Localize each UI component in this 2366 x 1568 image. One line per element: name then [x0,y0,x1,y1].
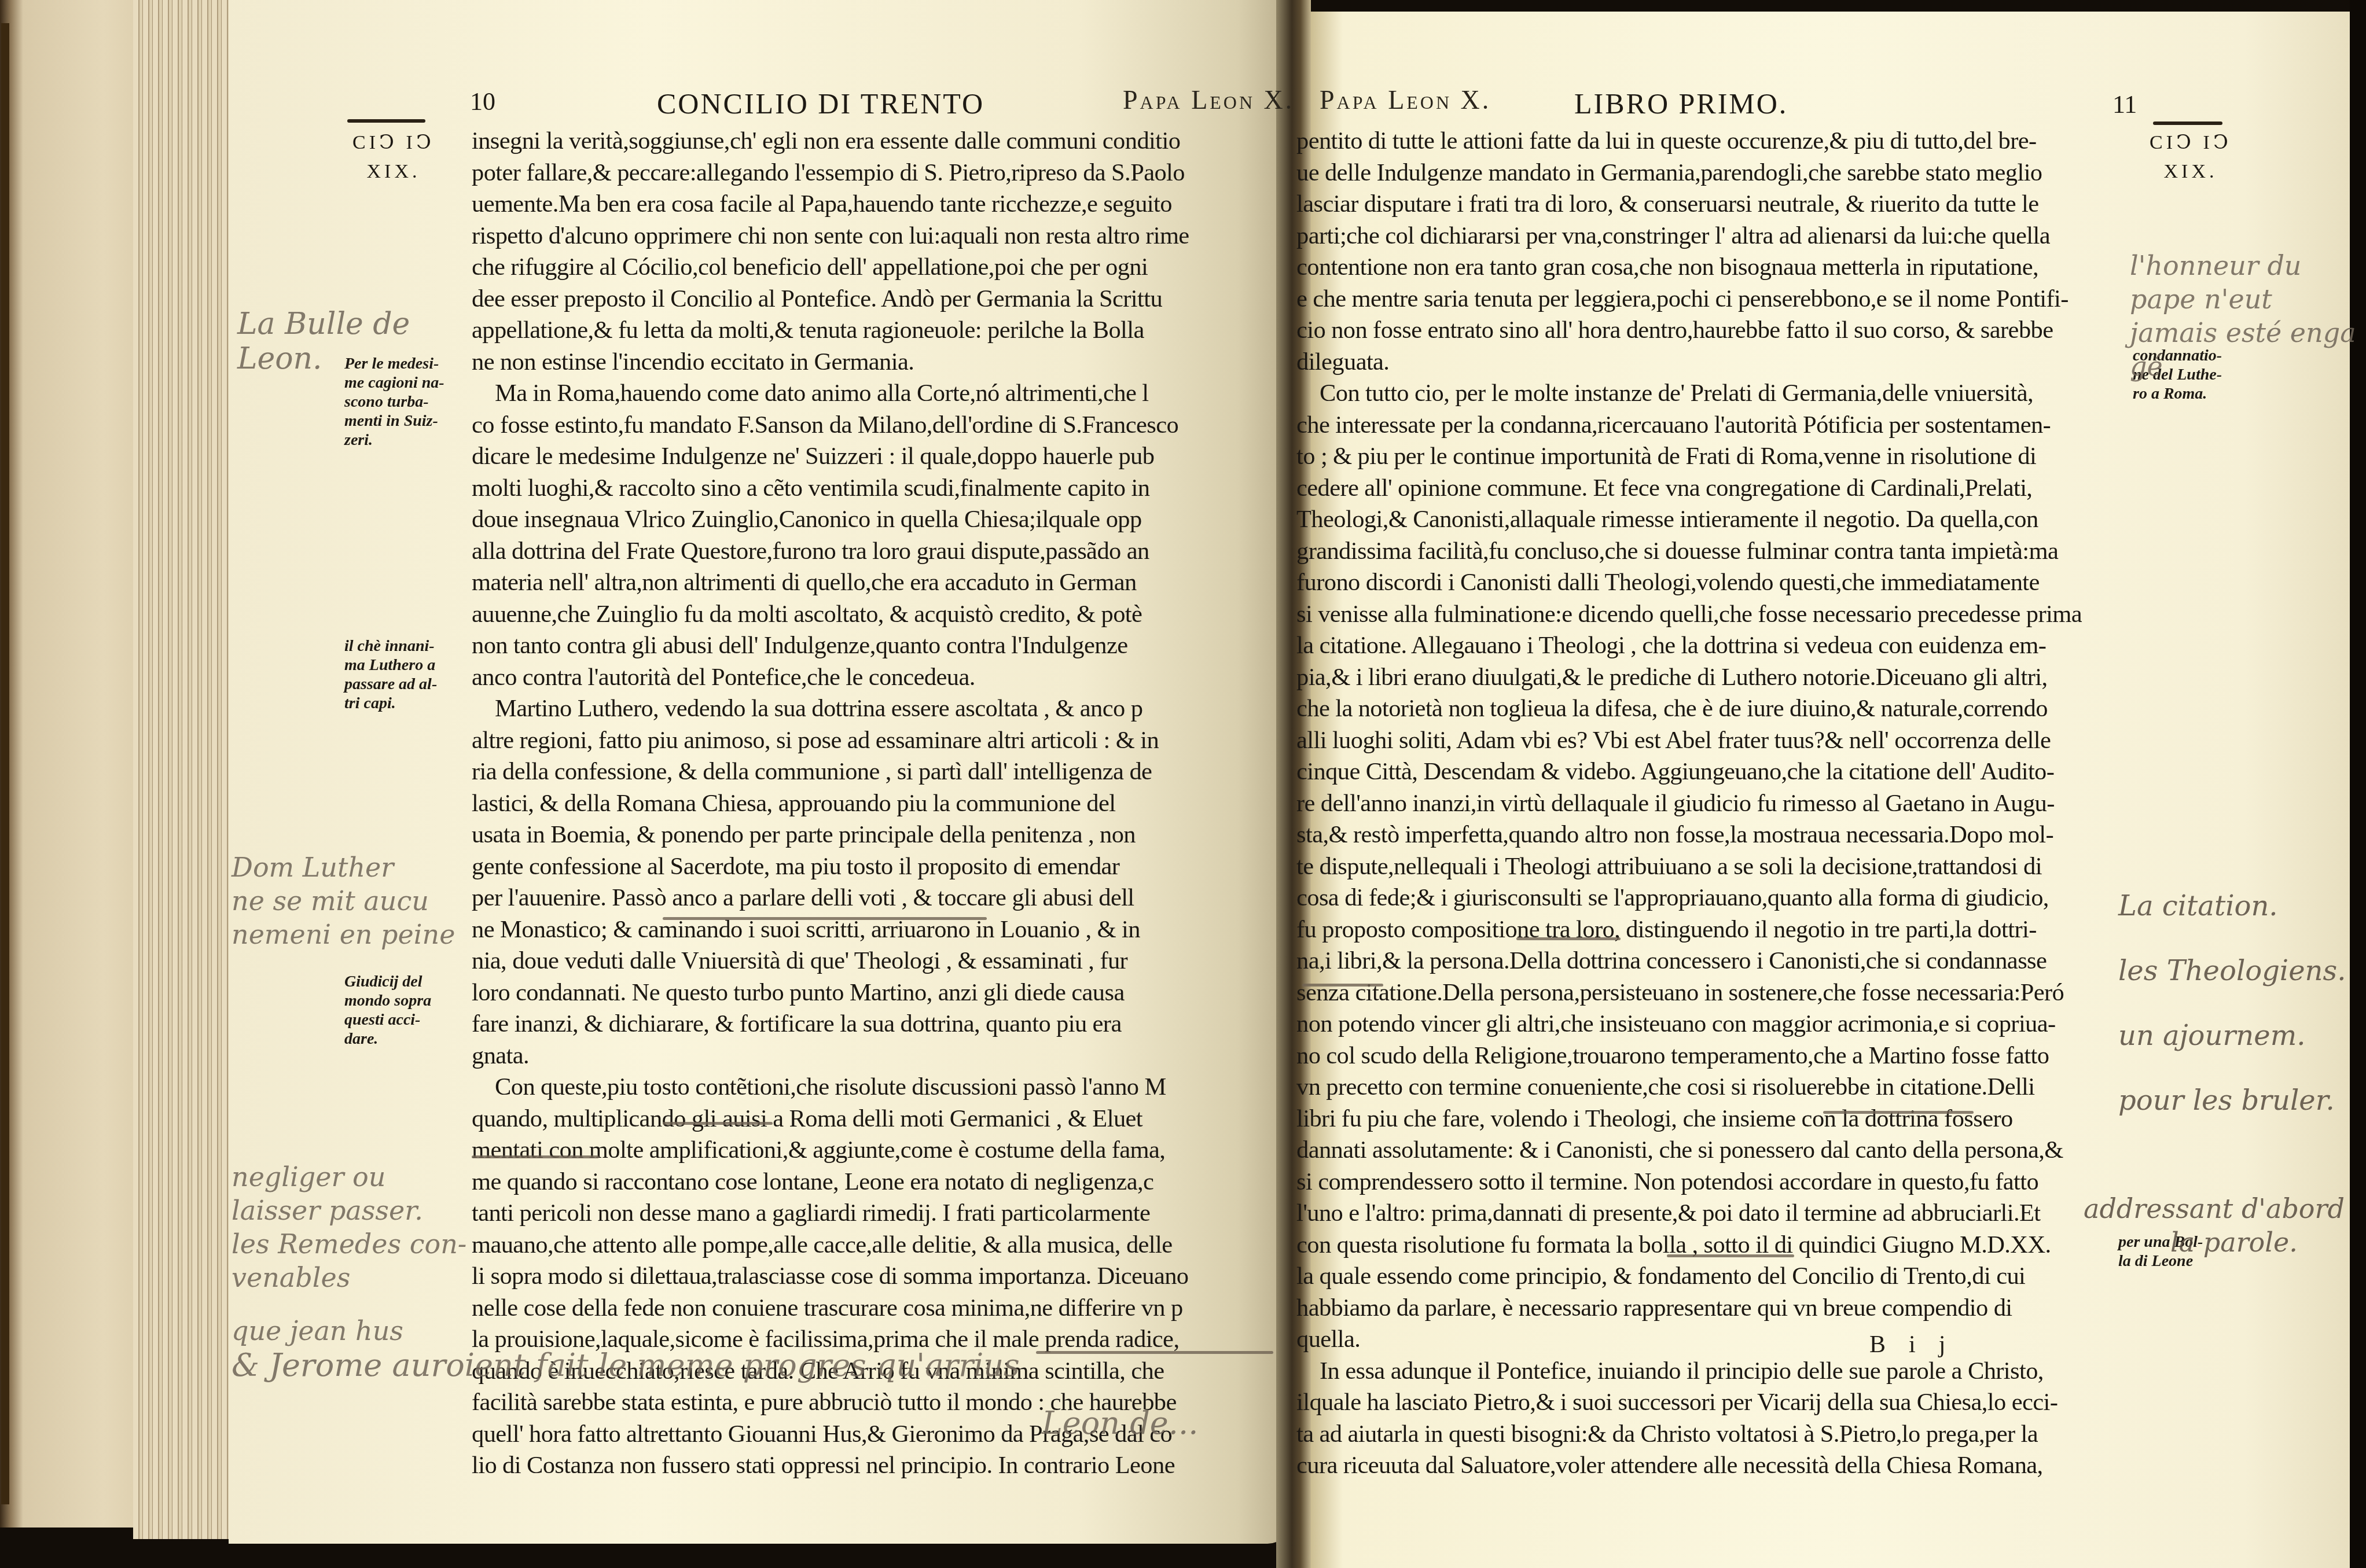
signature-mark: Bij [1869,1331,1968,1359]
text-line: che la notorietà non toglieua la difesa,… [1296,693,2107,725]
text-line: dileguata. [1296,347,2107,378]
handwritten-note-jean-hus: que jean hus [232,1313,403,1348]
text-line: che interessate per la condanna,ricercau… [1296,410,2107,441]
text-line: fare inanzi, & dichiarare, & fortificare… [472,1008,1291,1040]
text-line: Con queste,piu tosto contẽtioni,che riso… [472,1072,1291,1103]
text-line: alla dottrina del Frate Questore,furono … [472,536,1291,568]
left-side-note-2: il chè innani- ma Luthero a passare ad a… [344,636,437,713]
text-line: senza citatione.Della persona,persisteua… [1296,977,2107,1009]
text-line: si venisse alla fulminatione:e dicendo q… [1296,599,2107,631]
text-line: pentito di tutte le attioni fatte da lui… [1296,126,2107,157]
text-line: lio di Costanza non fussero stati oppres… [472,1450,1291,1482]
ink-underline [1667,1254,1794,1257]
text-line: altre regioni, fatto piu animoso, si pos… [472,725,1291,757]
text-line: uemente.Ma ben era cosa facile al Papa,h… [472,189,1291,220]
left-side-note-3: Giudicij del mondo sopra questi acci- da… [344,972,431,1048]
text-line: nia, doue veduti dalle Vniuersità di que… [472,945,1291,977]
handwritten-note-honneur: l'honneur du pape n'eut jamais esté enga… [2130,249,2356,383]
text-line: quando, multiplicando gli auisi a Roma d… [472,1103,1291,1135]
text-line: mauano,che attento alle pompe,alle cacce… [472,1230,1291,1261]
text-line: usata in Boemia, & ponendo per parte pri… [472,819,1291,851]
handwritten-note-jerome: & Jerome auroient fait le meme progres q… [232,1348,1020,1383]
left-running-head: Papa Leon X. [1123,84,1294,115]
text-line: loro condannati. Ne questo turbo punto M… [472,977,1291,1009]
left-year-note: CIↃ IↃ XIX. [341,128,446,186]
right-year-note: CIↃ IↃ XIX. [2141,128,2240,186]
text-line: la citatione. Allegauano i Theologi , ch… [1296,630,2107,662]
text-line: fu proposto compositione tra loro, disti… [1296,914,2107,946]
text-line: Theologi,& Canonisti,allaquale rimesse i… [1296,504,2107,536]
text-line: gnata. [472,1040,1291,1072]
right-body-text: pentito di tutte le attioni fatte da lui… [1296,126,2107,1482]
text-line: che rifuggire al Cócilio,col beneficio d… [472,252,1291,284]
left-running-title: CONCILIO DI TRENTO [657,87,984,120]
text-line: Ma in Roma,hauendo come dato animo alla … [472,378,1291,410]
text-line: Martino Luthero, vedendo la sua dottrina… [472,693,1291,725]
text-line: auuenne,che Zuinglio fu da molti ascolta… [472,599,1291,631]
text-line: dee esser preposto il Concilio al Pontef… [472,284,1291,315]
text-line: si comprendessero sotto il termine. Non … [1296,1166,2107,1198]
text-line: te dispute,nellequali i Theologi attribu… [1296,851,2107,883]
text-line: ue delle Indulgenze mandato in Germania,… [1296,157,2107,189]
text-line: insegni la verità,soggiunse,ch' egli non… [472,126,1291,157]
text-line: non tanto contra gli abusi dell' Indulge… [472,630,1291,662]
text-line: alli luoghi soliti, Adam vbi es? Vbi est… [1296,725,2107,757]
text-line: mentati con molte amplificationi,& aggiu… [472,1135,1291,1166]
right-running-title: LIBRO PRIMO. [1574,87,1788,120]
text-line: la quale essendo come principio, & fonda… [1296,1261,2107,1293]
ink-underline [1823,1111,1974,1114]
handwritten-note-addressant: addressant d'abord la parole. [2084,1192,2345,1259]
text-line: libri fu piu che fare, volendo i Theolog… [1296,1103,2107,1135]
text-line: e che mentre saria tenuta per leggiera,p… [1296,284,2107,315]
ink-underline [1036,1351,1273,1354]
ink-underline [1516,937,1621,940]
text-line: sta,& restò imperfetta,quando altro non … [1296,819,2107,851]
text-line: no col scudo della Religione,trouarono t… [1296,1040,2107,1072]
ink-underline [1302,984,1383,987]
text-line: non potendo vincer gli altri,che insiste… [1296,1008,2107,1040]
text-line: ria della confessione, & della communion… [472,756,1291,788]
text-line: vn precetto con termine conueniente,che … [1296,1072,2107,1103]
page-edges-stack [133,0,232,1539]
text-line: cio non fosse entrato sino all' hora den… [1296,315,2107,347]
text-line: gente confessione al Sacerdote, ma piu t… [472,851,1291,883]
text-line: habbiamo da parlare, è necessario rappre… [1296,1293,2107,1324]
handwritten-note-leon: Leon de... [1042,1406,1198,1441]
text-line: tanti pericoli non desse mano a gagliard… [472,1198,1291,1230]
ink-underline [472,1155,599,1158]
left-body-text: insegni la verità,soggiunse,ch' egli non… [472,126,1291,1482]
text-line: cinque Città, Descendam & videbo. Aggiun… [1296,756,2107,788]
text-line: nelle cose della fede non conuiene trasc… [472,1293,1291,1324]
text-line: cedere all' opinione commune. Et fece vn… [1296,473,2107,505]
text-line: rispetto d'alcuno opprimere chi non sent… [472,220,1291,252]
text-line: In essa adunque il Pontefice, inuiando i… [1296,1356,2107,1387]
text-line: Con tutto cio, per le molte instanze de'… [1296,378,2107,410]
text-line: pia,& i libri erano diuulgati,& le predi… [1296,662,2107,694]
text-line: quella. [1296,1324,2107,1356]
year-rule-left [347,119,425,123]
text-line: appellatione,& fu letta da molti,& tenut… [472,315,1291,347]
text-line: l'uno e l'altro: prima,dannati di presen… [1296,1198,2107,1230]
handwritten-note-negliger: negliger ou laisser passer. les Remedes … [232,1160,466,1294]
text-line: cosa di fede;& i giurisconsulti se l'app… [1296,882,2107,914]
handwritten-note-dom-luther: Dom Luther ne se mit aucu nemeni en pein… [232,851,455,951]
handwritten-note-la-bulle: La Bulle de Leon. [237,307,410,376]
text-line: poter fallare,& peccare:allegando l'esse… [472,157,1291,189]
text-line: re dell'anno inanzi,in virtù dellaquale … [1296,788,2107,820]
text-line: dicare le medesime Indulgenze ne' Suizze… [472,441,1291,473]
text-line: li sopra modo si dilettaua,tralasciasse … [472,1261,1291,1293]
text-line: anco contra l'autorità del Pontefice,che… [472,662,1291,694]
text-line: cura riceuuta dal Saluatore,voler attend… [1296,1450,2107,1482]
text-line: materia nell' altra,non altrimenti di qu… [472,567,1291,599]
text-line: per l'auuenire. Passò anco a parlare del… [472,882,1291,914]
text-line: ilquale ha lasciato Pietro,& i suoi succ… [1296,1387,2107,1419]
text-line: lasciar disputare i frati tra di loro, &… [1296,189,2107,220]
right-folio: 11 [2112,90,2137,119]
ink-underline [663,917,987,920]
text-line: furono discordi i Canonisti dalli Theolo… [1296,567,2107,599]
text-line: parti;che col dichiararsi per vna,constr… [1296,220,2107,252]
text-line: co fosse estinto,fu mandato F.Sanson da … [472,410,1291,441]
handwritten-note-citation: La citation. les Theologiens. un ajourne… [2118,874,2346,1133]
text-line: me quando si raccontano cose lontane, Le… [472,1166,1291,1198]
text-line: na,i libri,& la persona.Della dottrina c… [1296,945,2107,977]
year-rule-right [2153,122,2222,125]
left-folio: 10 [470,87,495,116]
text-line: dannati assolutamente: & i Canonisti, ch… [1296,1135,2107,1166]
text-line: contentione non era tanto gran cosa,che … [1296,252,2107,284]
cover-clasp [1,23,9,1504]
right-shadow [2350,0,2366,1568]
text-line: molti luoghi,& raccolto sino a cẽto vent… [472,473,1291,505]
right-running-head: Papa Leon X. [1320,84,1491,115]
text-line: lastici, & della Romana Chiesa, approuan… [472,788,1291,820]
ink-underline [663,1122,773,1125]
text-line: ta ad aiutarla in questi bisogni:& da Ch… [1296,1419,2107,1451]
text-line: to ; & piu per le continue importunità d… [1296,441,2107,473]
text-line: ne non estinse l'incendio eccitato in Ge… [472,347,1291,378]
text-line: grandissima facilità,fu concluso,che si … [1296,536,2107,568]
text-line: doue insegnaua Vlrico Zuinglio,Canonico … [472,504,1291,536]
